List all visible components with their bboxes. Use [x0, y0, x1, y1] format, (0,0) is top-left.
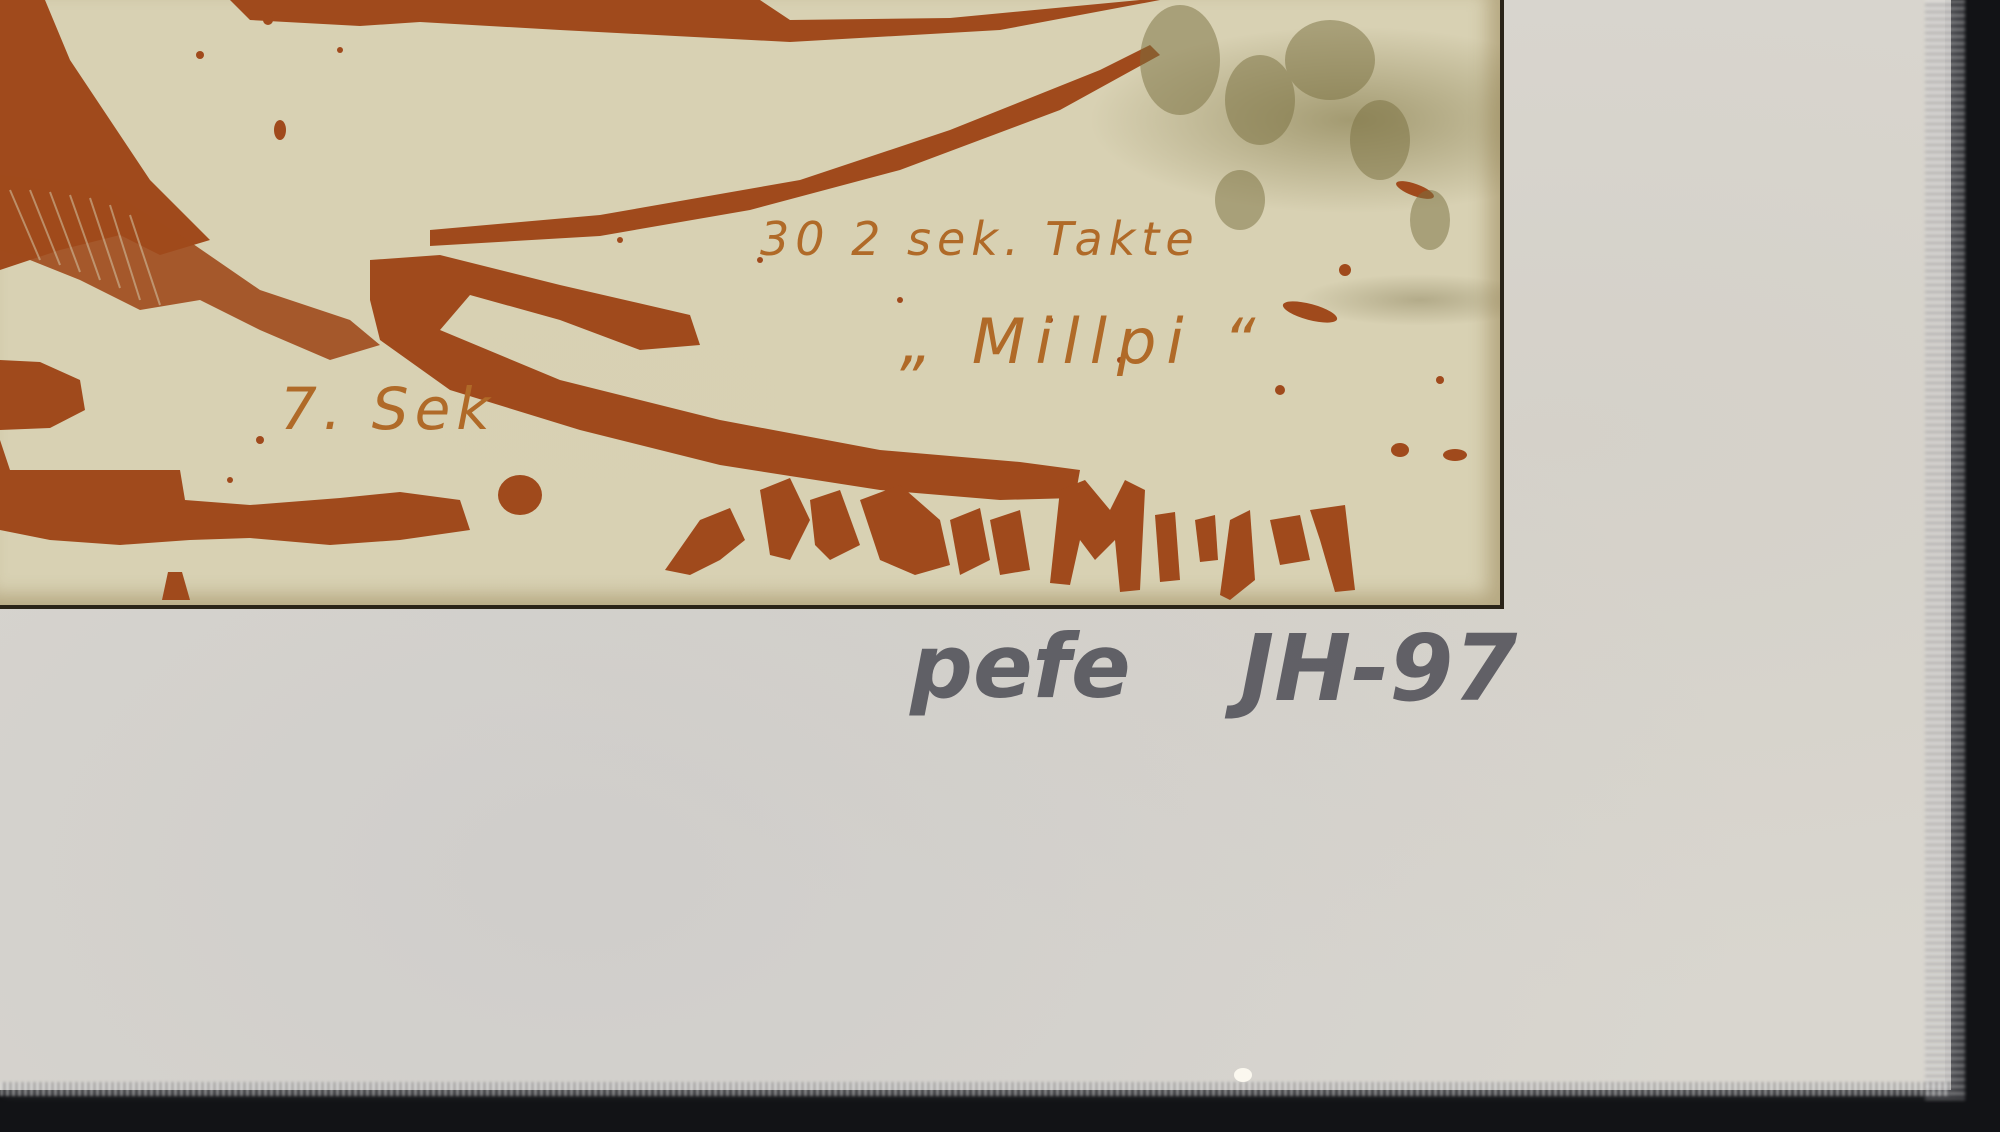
paper-light-glint — [1234, 1068, 1252, 1082]
etched-brown-strokes — [0, 0, 2000, 1132]
